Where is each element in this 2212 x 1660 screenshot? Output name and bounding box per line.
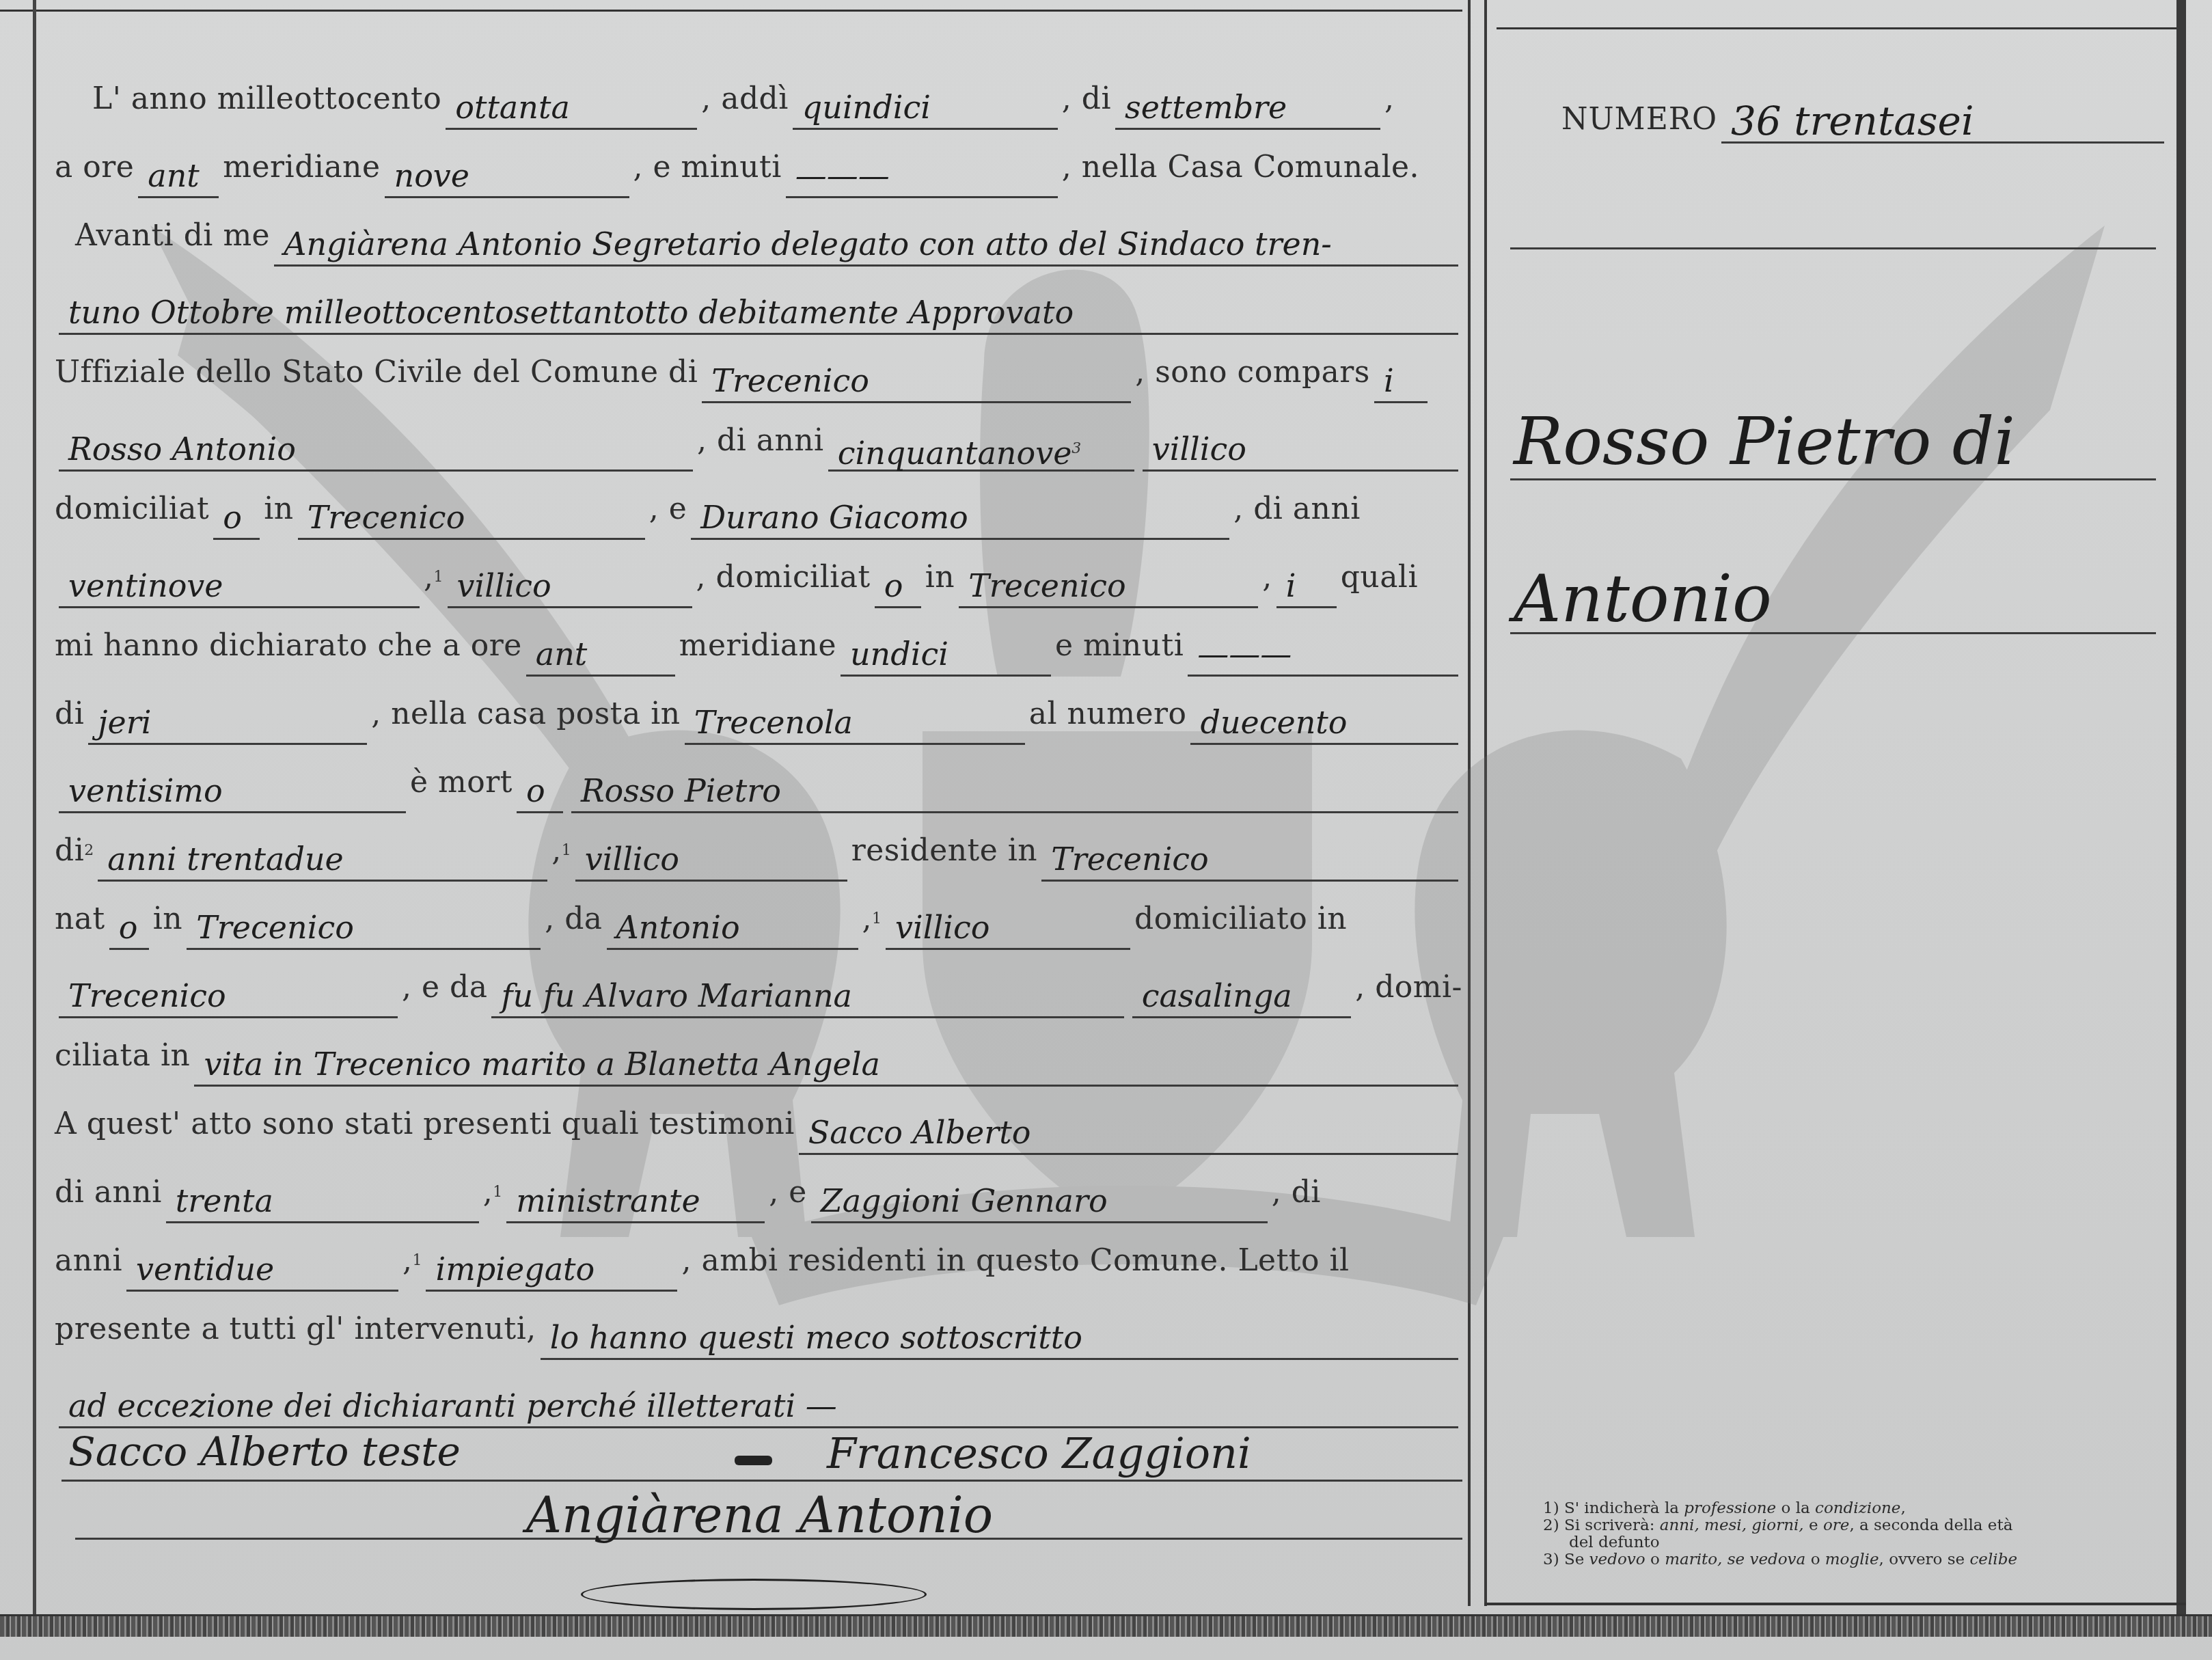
printed-text: residente in <box>851 820 1037 882</box>
signature-witness1: Sacco Alberto teste <box>68 1428 461 1475</box>
signature-flourish <box>581 1579 927 1610</box>
printed-text: , di anni <box>1233 478 1361 540</box>
field-gender-suffix: o <box>875 565 921 608</box>
printed-text: anni <box>55 1230 122 1292</box>
field-mother-name: fu fu Alvaro Marianna <box>491 975 1123 1018</box>
printed-text: al numero <box>1029 683 1187 745</box>
top-rule <box>0 0 1462 12</box>
printed-text: , sono compars <box>1135 342 1370 403</box>
field-death-ampm: ant <box>526 634 675 677</box>
printed-text: , e <box>649 478 687 540</box>
field-father-domicile: Trecenico <box>59 975 398 1018</box>
printed-text: ciliata in <box>55 1025 190 1087</box>
field-witness1-age: trenta <box>166 1180 479 1223</box>
printed-text: , domi- <box>1355 957 1462 1018</box>
field-plural-suffix: i <box>1276 565 1337 608</box>
printed-text: Avanti di me <box>75 205 270 267</box>
field-mother-domicile-and-marital-status: vita in Trecenico marito a Blanetta Ange… <box>194 1044 1458 1087</box>
right-name-line1 <box>1510 478 2156 480</box>
printed-text: , e da <box>402 957 487 1018</box>
field-minutes: ——— <box>786 155 1058 198</box>
footnotes: 1) S' indicherà la professione o la cond… <box>1543 1500 2158 1568</box>
printed-text: nat <box>55 888 105 950</box>
printed-text: domiciliato in <box>1134 888 1347 950</box>
form-line-hour: a ore ant meridiane nove , e minuti ——— … <box>55 137 1462 198</box>
printed-text: meridiane <box>223 137 380 198</box>
field-exception-note: ad eccezione dei dichiaranti perché ille… <box>59 1385 1458 1428</box>
field-house-number-cont: ventisimo <box>59 770 406 813</box>
field-comune: Trecenico <box>702 360 1131 403</box>
printed-text: , <box>862 888 873 950</box>
column-divider <box>1468 0 1471 1606</box>
printed-text: meridiane <box>679 615 836 677</box>
printed-text: quali <box>1341 547 1418 608</box>
top-rule-right <box>1497 0 2180 29</box>
printed-text: in <box>264 478 293 540</box>
numero-value: 36 trentasei <box>1721 100 2164 144</box>
field-witness2-profession: impiegato <box>426 1249 677 1292</box>
field-death-hour: undici <box>841 634 1051 677</box>
field-declarant2-age: ventinove <box>59 565 420 608</box>
form-line-witnesses: A quest' atto sono stati presenti quali … <box>55 1093 1462 1155</box>
form-line-deceased-age: di2 anni trentadue ,1 villico residente … <box>55 820 1462 882</box>
printed-text: , addì <box>701 68 789 130</box>
field-deceased-name: Rosso Pietro <box>571 770 1458 813</box>
field-hour: nove <box>385 155 629 198</box>
field-gender-suffix: o <box>109 907 149 950</box>
form-line-death-hour: mi hanno dichiarato che a ore ant meridi… <box>55 615 1462 677</box>
document-sheet: L' anno milleottocento ottanta , addì qu… <box>0 0 2212 1660</box>
field-death-day: jeri <box>88 702 367 745</box>
field-mother-profession: casalinga <box>1132 975 1352 1018</box>
printed-text: , <box>1262 547 1272 608</box>
form-line-exception: ad eccezione dei dichiaranti perché ille… <box>55 1367 1462 1428</box>
field-death-street: Trecenola <box>685 702 1025 745</box>
field-witness1-profession: ministrante <box>506 1180 765 1223</box>
form-line-marital: ciliata in vita in Trecenico marito a Bl… <box>55 1025 1462 1087</box>
printed-text: A quest' atto sono stati presenti quali … <box>55 1093 795 1155</box>
field-declarant1-name: Rosso Antonio <box>59 428 693 472</box>
field-gender-suffix: o <box>213 497 260 540</box>
right-name-line2 <box>1510 632 2156 634</box>
field-declarant2-profession: villico <box>448 565 692 608</box>
printed-text: e minuti <box>1055 615 1184 677</box>
field-deceased-profession: villico <box>575 839 847 882</box>
printed-text: Uffiziale dello Stato Civile del Comune … <box>55 342 698 403</box>
field-death-minutes: ——— <box>1188 634 1458 677</box>
dash-mark <box>735 1456 772 1465</box>
form-line-witness-ages: di anni trenta ,1 ministrante , e Zaggio… <box>55 1162 1462 1223</box>
form-line-officer: Avanti di me Angiàrena Antonio Segretari… <box>55 205 1462 267</box>
printed-text: in <box>153 888 182 950</box>
field-declarant1-age: cinquantanove3 <box>828 428 1134 472</box>
record-number: NUMERO 36 trentasei <box>1561 96 2168 144</box>
field-witness1-name: Sacco Alberto <box>799 1112 1458 1155</box>
printed-text: domiciliat <box>55 478 209 540</box>
field-declarant2-domicile: Trecenico <box>959 565 1258 608</box>
printed-text: , e <box>769 1162 807 1223</box>
printed-text: , nella Casa Comunale. <box>1062 137 1419 198</box>
right-deceased-name-line1: Rosso Pietro di <box>1514 403 2015 480</box>
field-witness2-age: ventidue <box>126 1249 398 1292</box>
form-line-comune: Uffiziale dello Stato Civile del Comune … <box>55 342 1462 403</box>
printed-text: , ambi residenti in questo Comune. Letto… <box>681 1230 1349 1292</box>
printed-text: , da <box>545 888 602 950</box>
printed-text: , <box>402 1230 413 1292</box>
form-line-year: L' anno milleottocento ottanta , addì qu… <box>55 68 1462 130</box>
bottom-edge <box>0 1614 2212 1637</box>
numero-label: NUMERO <box>1561 96 1717 144</box>
printed-text: , domiciliat <box>696 547 871 608</box>
form-line-officer-cont: tuno Ottobre milleottocentosettantotto d… <box>55 273 1462 335</box>
footnote-3: 3) Se vedovo o marito, se vedova o mogli… <box>1543 1551 2158 1568</box>
printed-text: L' anno milleottocento <box>92 68 441 130</box>
printed-text: , e minuti <box>633 137 782 198</box>
field-father-profession: villico <box>886 907 1130 950</box>
field-deceased-age: anni trentadue <box>98 839 547 882</box>
field-declarant2-name: Durano Giacomo <box>691 497 1229 540</box>
printed-text: , di <box>1062 68 1111 130</box>
right-deceased-name-line2: Antonio <box>1514 560 1772 637</box>
field-hour-ampm: ant <box>138 155 219 198</box>
field-officer: Angiàrena Antonio Segretario delegato co… <box>274 223 1458 267</box>
printed-text: in <box>925 547 955 608</box>
printed-text: , <box>483 1162 493 1223</box>
field-deceased-residence: Trecenico <box>1041 839 1458 882</box>
form-line-declarant1: Rosso Antonio , di anni cinquantanove3 v… <box>55 410 1462 472</box>
printed-text: , <box>1384 68 1395 130</box>
field-gender-suffix: o <box>517 770 563 813</box>
printed-text: mi hanno dichiarato che a ore <box>55 615 522 677</box>
form-line-birth: nat o in Trecenico , da Antonio ,1 villi… <box>55 888 1462 950</box>
form-line-deceased: ventisimo è mort o Rosso Pietro <box>55 752 1462 813</box>
field-day: quindici <box>793 87 1058 130</box>
signature-officer: Angiàrena Antonio <box>526 1486 993 1544</box>
printed-text: , di anni <box>697 410 824 472</box>
footnote-1: 1) S' indicherà la professione o la cond… <box>1543 1500 2158 1517</box>
field-year: ottanta <box>446 87 697 130</box>
field-compars-suffix: i <box>1374 360 1428 403</box>
field-declarant1-profession: villico <box>1143 428 1458 472</box>
printed-text: , nella casa posta in <box>371 683 680 745</box>
signature-witness2: Francesco Zaggioni <box>827 1428 1251 1478</box>
footnote-2: 2) Si scriverà: anni, mesi, giorni, e or… <box>1543 1517 2158 1534</box>
left-border <box>33 0 36 1623</box>
bottom-rule-right <box>1484 1603 2186 1605</box>
field-father-name: Antonio <box>607 907 858 950</box>
printed-text: , <box>551 820 562 882</box>
footnote-2-cont: del defunto <box>1543 1534 2158 1551</box>
form-line-residence: anni ventidue ,1 impiegato , ambi reside… <box>55 1230 1462 1292</box>
field-witness2-name: Zaggioni Gennaro <box>811 1180 1268 1223</box>
signature-line-witnesses <box>62 1480 1462 1482</box>
form-line-death-place: di jeri , nella casa posta in Trecenola … <box>55 683 1462 745</box>
printed-text: di anni <box>55 1162 162 1223</box>
column-divider-inner <box>1484 0 1487 1606</box>
right-border <box>2176 0 2186 1620</box>
field-officer-continued: tuno Ottobre milleottocentosettantotto d… <box>59 292 1458 335</box>
printed-text: a ore <box>55 137 134 198</box>
field-month: settembre <box>1115 87 1380 130</box>
form-line-declarant2: ventinove ,1 villico , domiciliat o in T… <box>55 547 1462 608</box>
field-birthplace: Trecenico <box>187 907 541 950</box>
printed-text: presente a tutti gl' intervenuti, <box>55 1298 536 1360</box>
field-declarant1-domicile: Trecenico <box>298 497 645 540</box>
right-blank-line <box>1510 247 2156 249</box>
printed-text: , <box>424 547 434 608</box>
field-house-number: duecento <box>1190 702 1458 745</box>
form-line-mother: Trecenico , e da fu fu Alvaro Marianna c… <box>55 957 1462 1018</box>
printed-text: , di <box>1272 1162 1321 1223</box>
printed-text: di <box>55 820 84 882</box>
form-line-reading: presente a tutti gl' intervenuti, lo han… <box>55 1298 1462 1360</box>
printed-text: di <box>55 683 84 745</box>
form-line-domicile1: domiciliat o in Trecenico , e Durano Gia… <box>55 478 1462 540</box>
printed-text: è mort <box>410 752 513 813</box>
field-signing-note: lo hanno questi meco sottoscritto <box>541 1317 1458 1360</box>
